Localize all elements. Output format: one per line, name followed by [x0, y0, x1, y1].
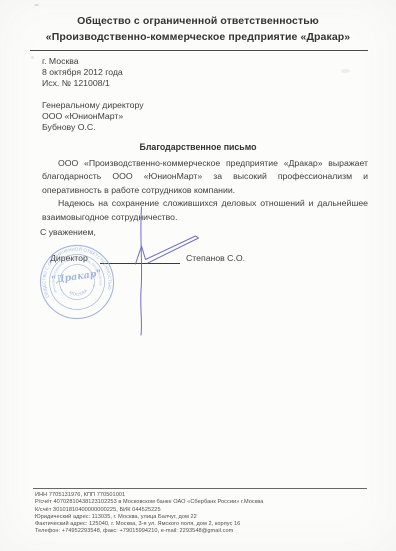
- requisites-actual-address: Фактический адрес: 125040, г. Москва, 3-…: [35, 521, 365, 528]
- stamp-star-icon: ✳: [92, 283, 97, 288]
- letterhead: Общество с ограниченной ответственностью…: [0, 14, 396, 45]
- scan-noise-speck: [31, 56, 34, 59]
- addressee-block: Генеральному директору ООО «ЮнионМарт» Б…: [42, 100, 144, 132]
- addressee-company: ООО «ЮнионМарт»: [42, 111, 144, 122]
- signature-loop-stroke: [136, 236, 199, 264]
- city-line: г. Москва: [42, 56, 123, 67]
- date-line: 8 октября 2012 года: [42, 67, 123, 78]
- scan-noise-speck: [34, 4, 39, 6]
- outgoing-number-line: Исх. № 121008/1: [42, 78, 123, 89]
- requisites-settlement-account: Р/счёт 40702810438123102253 в Московском…: [35, 499, 365, 506]
- stamp-star-icon: ✳: [60, 288, 65, 293]
- body-paragraph-1: ООО «Производственно-коммерческое предпр…: [42, 157, 368, 197]
- footer-requisites: ИНН 7705131976, КПП 770501001 Р/счёт 407…: [35, 492, 365, 536]
- footer-divider: [33, 488, 367, 489]
- addressee-name: Бубнову О.С.: [42, 122, 144, 133]
- addressee-position: Генеральному директору: [42, 100, 144, 111]
- scanned-letter-page: Общество с ограниченной ответственностью…: [0, 0, 396, 551]
- letter-title: Благодарственное письмо: [0, 142, 396, 152]
- sender-meta-block: г. Москва 8 октября 2012 года Исх. № 121…: [42, 56, 123, 88]
- requisites-corr-account: К/счёт 30101810400000000225, БИК 0445252…: [35, 507, 365, 514]
- stamp-city-text: МОСКВА: [68, 287, 89, 298]
- header-divider: [30, 50, 368, 51]
- requisites-inn-kpp: ИНН 7705131976, КПП 770501001: [35, 492, 365, 499]
- signature-vertical-stroke: [141, 207, 142, 335]
- letterhead-line2: «Производственно-коммерческое предприяти…: [0, 30, 396, 46]
- signature-scribble: [120, 195, 320, 345]
- requisites-contacts: Телефон: +74952293548, факс: +7901599421…: [35, 528, 365, 535]
- scan-noise-speck: [341, 69, 350, 73]
- letterhead-line1: Общество с ограниченной ответственностью: [0, 14, 396, 30]
